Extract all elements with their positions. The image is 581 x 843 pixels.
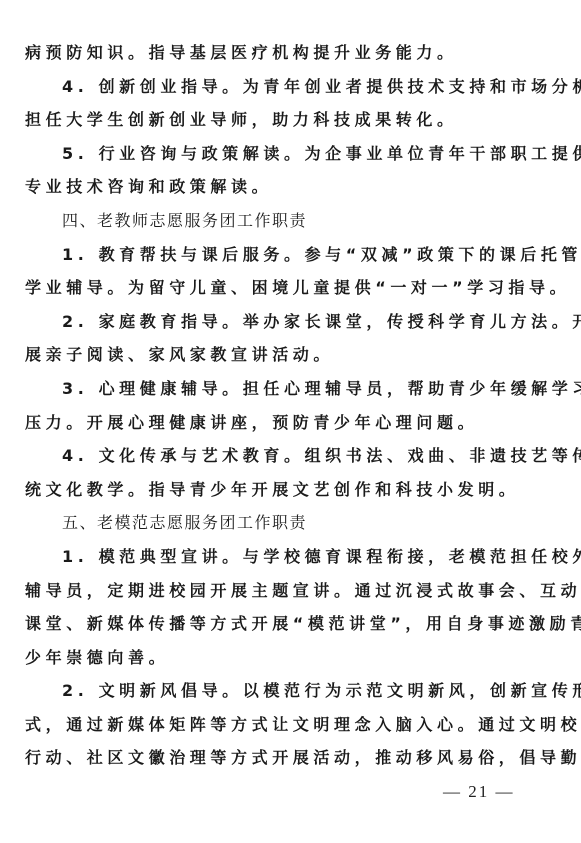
paragraph-line: 病预防知识。指导基层医疗机构提升业务能力。 <box>25 36 555 70</box>
page-number: — 21 — <box>443 782 515 802</box>
paragraph-line: 统文化教学。指导青少年开展文艺创作和科技小发明。 <box>25 473 555 507</box>
paragraph-line: 担任大学生创新创业导师，助力科技成果转化。 <box>25 103 555 137</box>
paragraph-line: 学业辅导。为留守儿童、困境儿童提供“一对一”学习指导。 <box>25 271 555 305</box>
section-heading: 四、老教师志愿服务团工作职责 <box>25 204 555 238</box>
paragraph-line: 少年崇德向善。 <box>25 641 555 675</box>
paragraph-line: 1. 教育帮扶与课后服务。参与“双减”政策下的课后托管、 <box>25 238 555 272</box>
section-heading: 五、老模范志愿服务团工作职责 <box>25 506 555 540</box>
paragraph-line: 3. 心理健康辅导。担任心理辅导员，帮助青少年缓解学习 <box>25 372 555 406</box>
paragraph-line: 行动、社区文徽治理等方式开展活动，推动移风易俗，倡导勤俭 <box>25 741 555 775</box>
paragraph-line: 课堂、新媒体传播等方式开展“模范讲堂”，用自身事迹激励青 <box>25 607 555 641</box>
paragraph-line: 压力。开展心理健康讲座，预防青少年心理问题。 <box>25 406 555 440</box>
document-body: 病预防知识。指导基层医疗机构提升业务能力。 4. 创新创业指导。为青年创业者提供… <box>25 36 555 775</box>
paragraph-line: 专业技术咨询和政策解读。 <box>25 170 555 204</box>
paragraph-line: 5. 行业咨询与政策解读。为企事业单位青年干部职工提供 <box>25 137 555 171</box>
paragraph-line: 4. 创新创业指导。为青年创业者提供技术支持和市场分析。 <box>25 70 555 104</box>
paragraph-line: 1. 模范典型宣讲。与学校德育课程衔接，老模范担任校外 <box>25 540 555 574</box>
paragraph-line: 辅导员，定期进校园开展主题宣讲。通过沉浸式故事会、互动化 <box>25 574 555 608</box>
paragraph-line: 2. 家庭教育指导。举办家长课堂，传授科学育儿方法。开 <box>25 305 555 339</box>
paragraph-line: 式，通过新媒体矩阵等方式让文明理念入脑入心。通过文明校园 <box>25 708 555 742</box>
paragraph-line: 展亲子阅读、家风家教宣讲活动。 <box>25 338 555 372</box>
paragraph-line: 2. 文明新风倡导。以模范行为示范文明新风，创新宣传形 <box>25 674 555 708</box>
paragraph-line: 4. 文化传承与艺术教育。组织书法、戏曲、非遗技艺等传 <box>25 439 555 473</box>
